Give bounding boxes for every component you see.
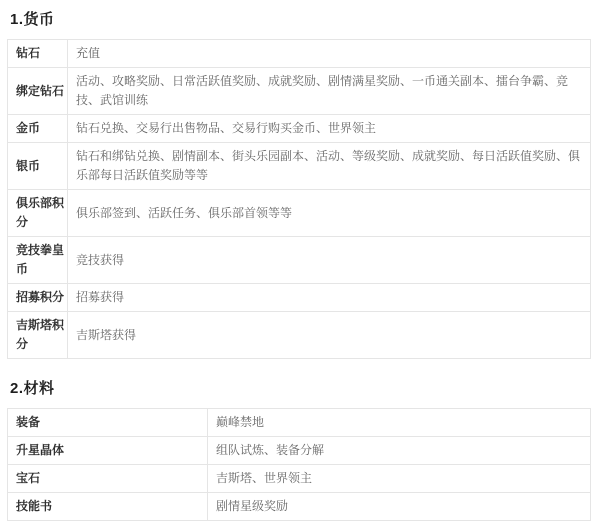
row-value: 招募获得	[68, 284, 591, 312]
row-label: 银币	[8, 143, 68, 190]
row-label: 技能书	[8, 493, 208, 521]
materials-table: 装备 巅峰禁地 升星晶体 组队试炼、装备分解 宝石 吉斯塔、世界领主 技能书 剧…	[7, 408, 591, 521]
row-value: 活动、攻略奖励、日常活跃值奖励、成就奖励、剧情满星奖励、一币通关副本、擂台争霸、…	[68, 68, 591, 115]
row-value: 吉斯塔、世界领主	[208, 465, 591, 493]
row-value: 组队试炼、装备分解	[208, 437, 591, 465]
table-row: 银币 钻石和绑钻兑换、剧情副本、街头乐园副本、活动、等级奖励、成就奖励、每日活跃…	[8, 143, 591, 190]
row-label: 竞技拳皇币	[8, 237, 68, 284]
section-currency-title: 1.货币	[10, 8, 593, 29]
row-value: 钻石和绑钻兑换、剧情副本、街头乐园副本、活动、等级奖励、成就奖励、每日活跃值奖励…	[68, 143, 591, 190]
row-label: 宝石	[8, 465, 208, 493]
row-label: 俱乐部积分	[8, 190, 68, 237]
section-materials: 2.材料 装备 巅峰禁地 升星晶体 组队试炼、装备分解 宝石 吉斯塔、世界领主 …	[7, 377, 593, 521]
row-label: 金币	[8, 115, 68, 143]
row-value: 剧情星级奖励	[208, 493, 591, 521]
row-label: 招募积分	[8, 284, 68, 312]
table-row: 宝石 吉斯塔、世界领主	[8, 465, 591, 493]
table-row: 绑定钻石 活动、攻略奖励、日常活跃值奖励、成就奖励、剧情满星奖励、一币通关副本、…	[8, 68, 591, 115]
row-label: 装备	[8, 409, 208, 437]
row-label: 吉斯塔积分	[8, 312, 68, 359]
table-row: 吉斯塔积分 吉斯塔获得	[8, 312, 591, 359]
row-value: 俱乐部签到、活跃任务、俱乐部首领等等	[68, 190, 591, 237]
row-value: 钻石兑换、交易行出售物品、交易行购买金币、世界领主	[68, 115, 591, 143]
table-row: 竞技拳皇币 竞技获得	[8, 237, 591, 284]
table-row: 招募积分 招募获得	[8, 284, 591, 312]
section-materials-title: 2.材料	[10, 377, 593, 398]
row-value: 充值	[68, 40, 591, 68]
table-row: 技能书 剧情星级奖励	[8, 493, 591, 521]
row-value: 吉斯塔获得	[68, 312, 591, 359]
table-row: 钻石 充值	[8, 40, 591, 68]
currency-table: 钻石 充值 绑定钻石 活动、攻略奖励、日常活跃值奖励、成就奖励、剧情满星奖励、一…	[7, 39, 591, 359]
table-row: 俱乐部积分 俱乐部签到、活跃任务、俱乐部首领等等	[8, 190, 591, 237]
row-value: 竞技获得	[68, 237, 591, 284]
table-row: 装备 巅峰禁地	[8, 409, 591, 437]
section-currency: 1.货币 钻石 充值 绑定钻石 活动、攻略奖励、日常活跃值奖励、成就奖励、剧情满…	[7, 8, 593, 359]
row-label: 钻石	[8, 40, 68, 68]
table-row: 升星晶体 组队试炼、装备分解	[8, 437, 591, 465]
row-label: 升星晶体	[8, 437, 208, 465]
row-value: 巅峰禁地	[208, 409, 591, 437]
row-label: 绑定钻石	[8, 68, 68, 115]
table-row: 金币 钻石兑换、交易行出售物品、交易行购买金币、世界领主	[8, 115, 591, 143]
